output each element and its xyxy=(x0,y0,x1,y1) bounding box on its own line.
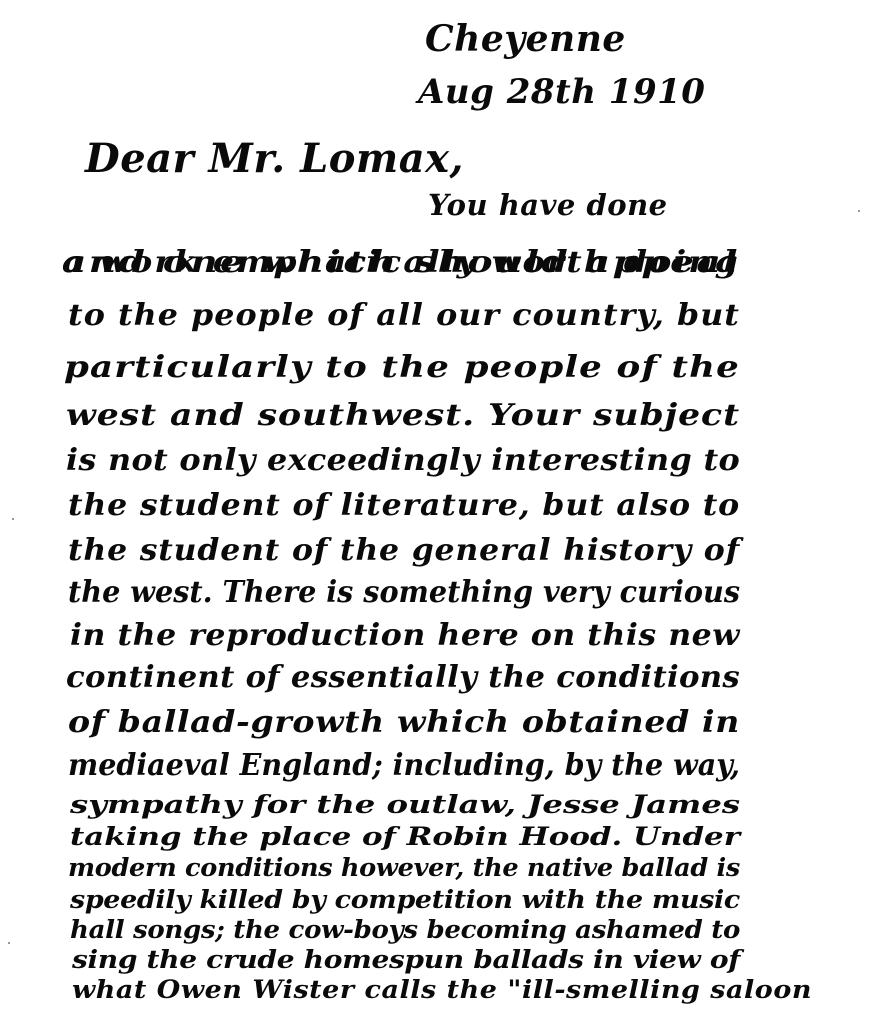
body-line: sympathy for the outlaw, Jesse James xyxy=(70,790,740,819)
letter-date: Aug 28th 1910 xyxy=(418,72,705,112)
body-line: is not only exceedingly interesting to xyxy=(66,443,740,478)
letter-place: Cheyenne xyxy=(425,18,626,60)
letter-salutation: Dear Mr. Lomax, xyxy=(85,135,464,182)
letter-page: Cheyenne Aug 28th 1910 Dear Mr. Lomax, Y… xyxy=(0,0,876,1024)
body-line: west and southwest. Your subject xyxy=(66,398,740,433)
body-line: modern conditions however, the native ba… xyxy=(68,853,740,882)
letter-opening: You have done xyxy=(428,188,668,222)
body-line: taking the place of Robin Hood. Under xyxy=(70,822,740,851)
scan-speck xyxy=(8,942,10,944)
body-line: hall songs; the cow-boys becoming ashame… xyxy=(70,915,740,944)
body-line: the student of literature, but also to xyxy=(68,488,740,523)
body-line: mediaeval England; including, by the way… xyxy=(68,748,740,783)
body-line: what Owen Wister calls the "ill-smelling… xyxy=(72,975,812,1004)
body-line: sing the crude homespun ballads in view … xyxy=(72,945,740,974)
body-line: speedily killed by competition with the … xyxy=(70,885,740,914)
scan-speck xyxy=(12,518,14,520)
body-line: in the reproduction here on this new xyxy=(70,618,740,653)
body-line: to the people of all our country, but xyxy=(68,298,740,333)
body-line: particularly to the people of the xyxy=(64,350,740,385)
body-line: and one which should appeal xyxy=(62,245,740,280)
body-line: continent of essentially the conditions xyxy=(66,660,740,695)
body-line: the west. There is something very curiou… xyxy=(68,575,740,610)
body-line: the student of the general history of xyxy=(68,533,740,568)
scan-speck xyxy=(858,210,860,212)
body-line: of ballad-growth which obtained in xyxy=(68,705,740,740)
